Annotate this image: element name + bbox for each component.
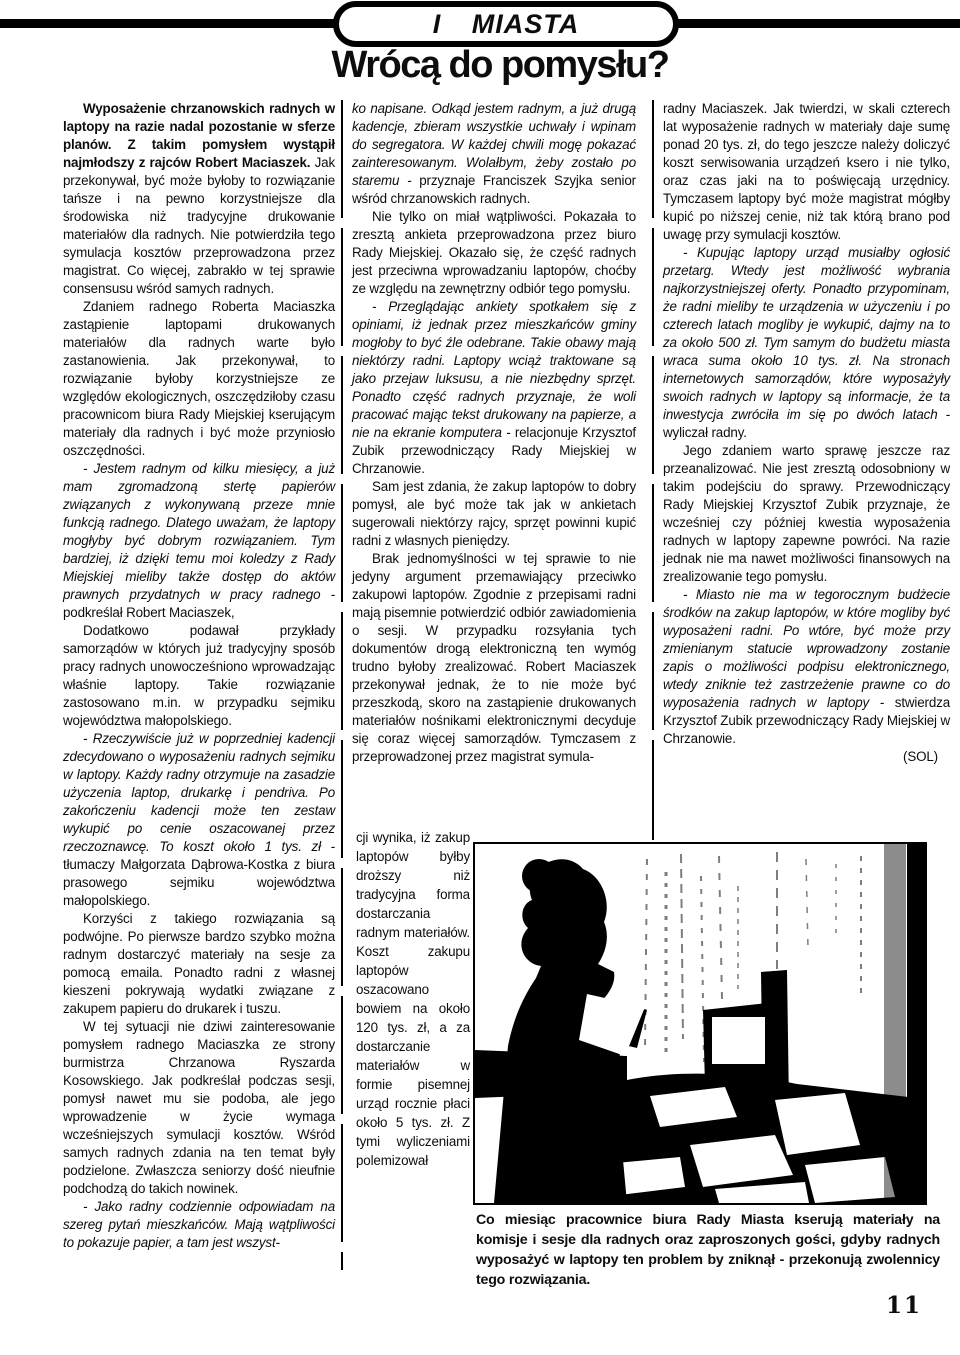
paragraph: Dodatkowo podawał przykłady samorządów w… xyxy=(63,622,335,730)
photo-right-band xyxy=(907,844,925,1203)
paragraph: W tej sytuacji nie dziwi zainteresowanie… xyxy=(63,1018,335,1198)
lead-paragraph: Wyposażenie chrzanowskich radnych w lapt… xyxy=(63,100,335,298)
photo-right-band-soft xyxy=(884,844,906,1203)
page-number: 11 xyxy=(886,1292,922,1319)
column-divider-right xyxy=(652,100,654,840)
paragraph: Korzyści z takiego rozwiązania są podwój… xyxy=(63,910,335,1018)
article-photo xyxy=(473,842,927,1205)
article-column-3: radny Maciaszek. Jak twierdzi, w skali c… xyxy=(663,100,950,766)
newspaper-page: I MIASTA Wrócą do pomysłu? Wyposażenie c… xyxy=(0,0,960,1355)
paragraph: Brak jednomyślności w tej sprawie to nie… xyxy=(352,550,636,766)
quote-paragraph: - Rzeczywiście już w poprzedniej kadencj… xyxy=(63,730,335,910)
article-column-2-narrow: cji wynika, iż zakup laptopów byłby droż… xyxy=(356,828,470,1170)
paragraph: Sam jest zdania, że zakup laptopów to do… xyxy=(352,478,636,550)
article-title: Wrócą do pomysłu? xyxy=(40,44,960,87)
photo-office-scene xyxy=(475,844,925,1203)
article-column-1: Wyposażenie chrzanowskich radnych w lapt… xyxy=(63,100,335,1252)
paragraph: Jego zdaniem warto sprawę jeszcze raz pr… xyxy=(663,442,950,586)
paragraph: Zdaniem radnego Roberta Maciaszka zastąp… xyxy=(63,298,335,460)
photo-monitor-screen xyxy=(712,1017,765,1064)
quote-paragraph: - Kupując laptopy urząd musiałby ogłosić… xyxy=(663,244,950,442)
quote-paragraph: - Jestem radnym od kilku miesięcy, a już… xyxy=(63,460,335,622)
section-pill: I MIASTA xyxy=(333,1,679,47)
article-column-2: ko napisane. Odkąd jestem radnym, a już … xyxy=(352,100,636,766)
quote-paragraph: - Przeglądając ankiety spotkałem się z o… xyxy=(352,298,636,478)
quote-paragraph: ko napisane. Odkąd jestem radnym, a już … xyxy=(352,100,636,208)
quote-paragraph: - Miasto nie ma w tegorocznym budżecie ś… xyxy=(663,586,950,748)
paragraph: radny Maciaszek. Jak twierdzi, w skali c… xyxy=(663,100,950,244)
paragraph: cji wynika, iż zakup laptopów byłby droż… xyxy=(356,828,470,1170)
section-label: I MIASTA xyxy=(433,9,580,40)
photo-caption: Co miesiąc pracownice biura Rady Miasta … xyxy=(476,1210,940,1290)
author-initials: (SOL) xyxy=(663,748,950,766)
column-divider-left xyxy=(341,100,343,1270)
quote-paragraph: - Jako radny codziennie odpowiadam na sz… xyxy=(63,1198,335,1252)
paragraph: Nie tylko on miał wątpliwości. Pokazała … xyxy=(352,208,636,298)
